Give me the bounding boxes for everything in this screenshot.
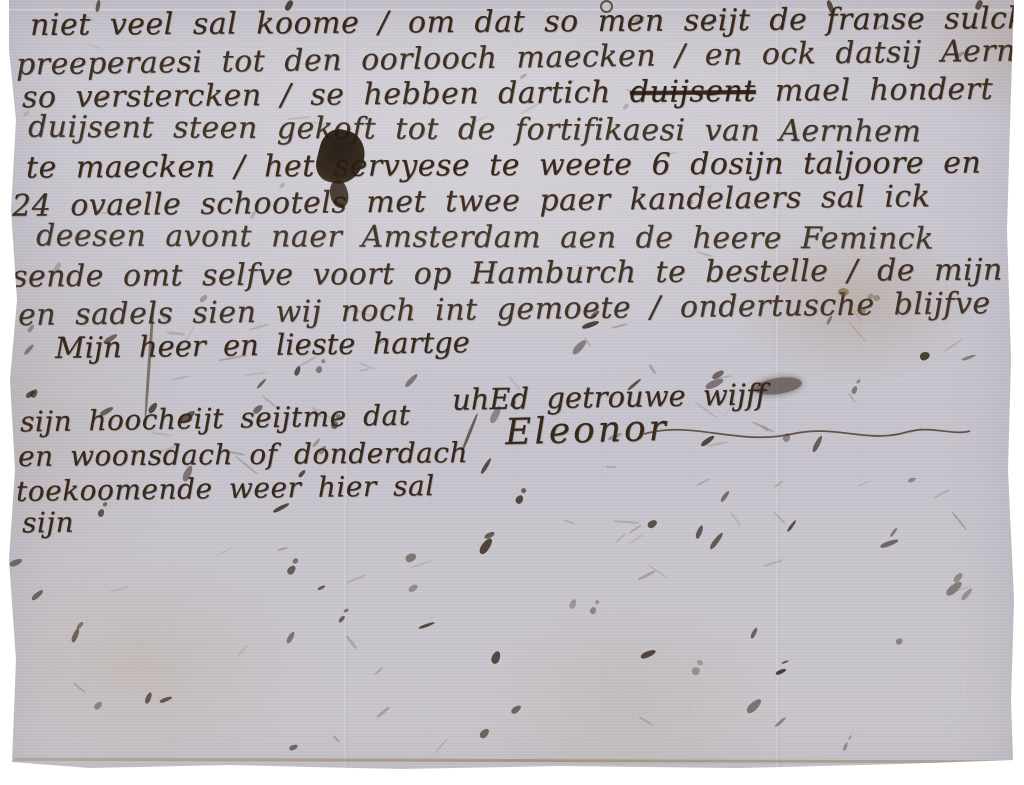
ink-bleed-mark [594,599,600,605]
ink-bleed-mark [404,372,419,388]
ink-bleed-mark [613,521,639,525]
ink-bleed-mark [919,350,931,361]
ink-bleed-mark [477,536,494,555]
paper-bottom-edge [14,758,1010,764]
ink-bleed-mark [951,512,967,531]
ink-bleed-mark [960,353,975,361]
ink-bleed-mark [691,665,702,676]
ink-bleed-mark [606,466,616,469]
ink-bleed-mark [615,533,626,544]
ink-bleed-mark [563,519,576,526]
ink-bleed-mark [338,615,346,623]
ink-bleed-mark [781,660,788,665]
ink-bleed-mark [478,727,491,740]
ink-bleed-mark [483,531,495,541]
ink-bleed-mark [97,508,106,518]
ink-bleed-mark [895,637,905,646]
letter-body-line: deesen avont naer Amsterdam aen de heere… [36,218,934,256]
letter-body-line: so verstercken / se hebben dartich duijs… [22,72,993,115]
letter-body-line: duijsent steen gekoft tot de fortifikaes… [28,110,922,150]
ink-bleed-mark [775,668,787,676]
ink-bleed-mark [74,682,87,693]
ink-bleed-mark [647,564,667,578]
ink-bleed-mark [950,586,970,593]
postscript-line: toekoomende weer hier sal [16,469,435,508]
ink-bleed-mark [744,697,763,715]
ink-bleed-mark [960,587,974,602]
ink-bleed-mark [855,379,861,385]
ink-bleed-mark [236,645,247,657]
ink-bleed-mark [289,744,299,752]
ink-bleed-mark [850,386,858,395]
ink-bleed-mark [880,538,899,549]
ink-bleed-mark [775,480,784,487]
ink-bleed-mark [847,393,856,404]
ink-bleed-mark [294,365,302,376]
ink-bleed-mark [774,716,786,727]
ink-bleed-mark [285,630,296,644]
ink-bleed-mark [244,372,266,377]
ink-bleed-mark [697,478,711,487]
ink-bleed-mark [277,547,288,552]
ink-bleed-mark [569,598,579,609]
scan-background: niet veel sal koome / om dat so men seij… [0,0,1024,785]
ink-bleed-mark [571,338,588,355]
body-text-segment: deesen avont naer Amsterdam aen de heere… [36,218,934,256]
ink-bleed-mark [376,707,390,719]
ink-bleed-mark [435,738,449,753]
salutation-line: Mijn heer en lieste hartge [55,325,470,365]
ink-bleed-mark [520,487,527,494]
postscript-line: en woonsdach of donderdach [18,436,468,473]
ink-bleed-mark [889,527,898,538]
ink-bleed-mark [842,742,848,751]
ink-bleed-mark [286,564,298,576]
ink-bleed-mark [729,511,741,526]
ink-bleed-mark [31,589,45,601]
ink-bleed-mark [490,650,502,665]
ink-bleed-mark [749,627,758,640]
ink-bleed-mark [933,489,950,500]
ink-bleed-mark [93,701,104,712]
ink-bleed-mark [407,583,419,593]
letter-page: niet veel sal koome / om dat so men seij… [0,0,1024,785]
body-text-segment: 24 ovaelle schootels met twee paer kande… [12,179,931,224]
ink-bleed-mark [649,363,657,374]
ink-bleed-mark [76,621,85,630]
ink-bleed-mark [256,378,267,390]
ink-bleed-mark [695,525,705,539]
signature-flourish [642,414,972,454]
ink-bleed-mark [23,343,34,355]
ink-bleed-mark [584,337,592,348]
letter-body-line: 24 ovaelle schootels met twee paer kande… [12,179,931,224]
ink-bleed-mark [638,716,652,726]
ink-bleed-mark [405,552,418,563]
ink-bleed-mark [720,490,731,503]
ink-bleed-mark [857,480,872,487]
ink-bleed-mark [786,520,797,534]
ink-bleed-mark [944,580,964,598]
ink-bleed-mark [628,533,645,545]
ink-bleed-mark [951,572,963,584]
postscript-line: sijn hoocheijt seijtme dat [20,399,411,439]
ink-bleed-mark [317,585,325,592]
ink-bleed-mark [343,608,348,612]
ink-bleed-mark [333,735,341,743]
ink-bleed-mark [514,494,525,505]
ink-bleed-mark [944,337,965,352]
ink-bleed-mark [71,627,82,643]
ink-bleed-mark [907,477,916,483]
ink-bleed-mark [697,659,704,666]
ink-bleed-mark [160,695,173,703]
ink-bleed-mark [292,557,300,565]
ink-bleed-mark [9,557,23,567]
ink-bleed-mark [315,366,323,375]
ink-bleed-mark [589,606,598,615]
ink-bleed-mark [773,511,786,525]
ink-bleed-mark [25,389,35,399]
ink-bleed-mark [410,560,432,568]
ink-bleed-mark [647,519,659,530]
ink-bleed-mark [144,691,153,704]
ink-bleed-mark [480,458,493,476]
body-text-segment: mael hondert [756,72,994,109]
ink-bleed-mark [374,666,384,676]
ink-bleed-mark [217,547,233,557]
ink-bleed-mark [359,362,376,371]
ink-bleed-mark [509,704,522,715]
ink-bleed-mark [418,621,435,630]
ink-bleed-mark [346,575,368,585]
ink-bleed-mark [29,388,39,399]
body-text-segment: duijsent steen gekoft tot de fortifikaes… [28,110,922,150]
ink-bleed-mark [763,559,784,567]
ink-bleed-mark [637,570,655,581]
ink-bleed-mark [359,368,369,372]
ink-bleed-mark [0,553,6,564]
struck-word: duijsent [630,74,756,110]
ink-bleed-mark [709,532,725,551]
ink-bleed-mark [639,648,656,660]
ink-bleed-mark [111,586,129,592]
postscript-line: sijn [22,506,74,539]
ink-bleed-mark [345,635,358,650]
ink-bleed-mark [628,524,642,534]
ink-bleed-mark [172,375,190,381]
ink-bleed-mark [847,321,866,343]
ink-bleed-mark [848,735,853,741]
